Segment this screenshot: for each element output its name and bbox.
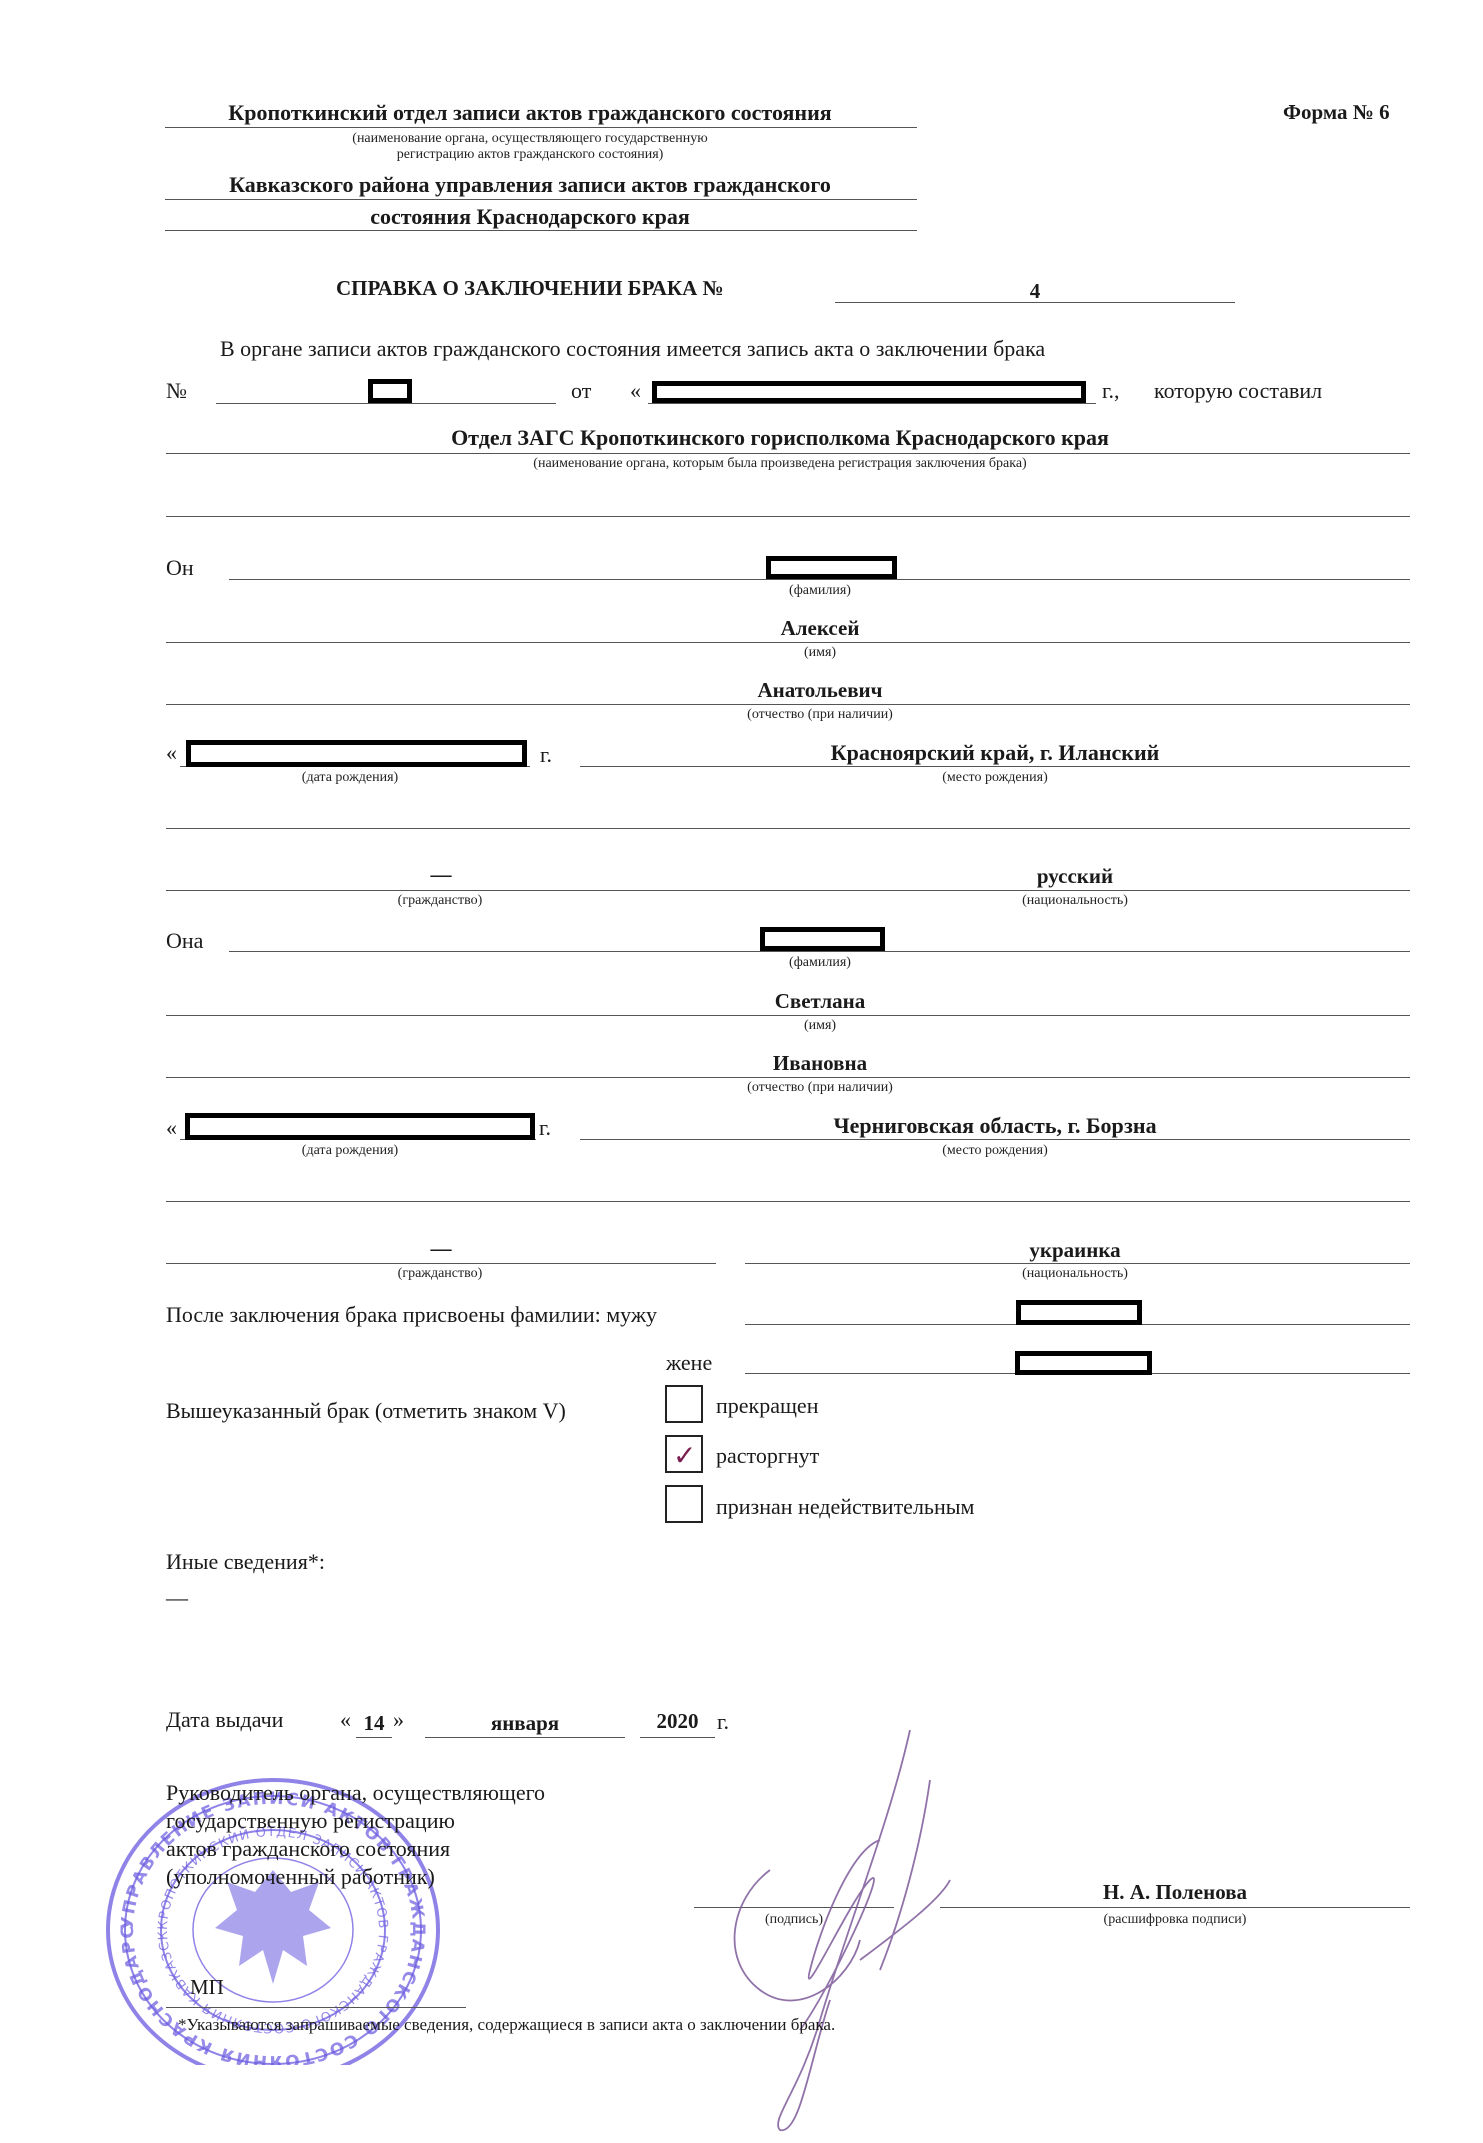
wife-nationality-caption: (национальность) [975, 1266, 1175, 1282]
husband-citizenship-caption: (гражданство) [340, 893, 540, 909]
divider [166, 704, 1410, 705]
wife-birth-year-suffix: г. [539, 1115, 551, 1141]
number-sign: № [166, 378, 187, 404]
signatory-role-line3: актов гражданского состояния [166, 1836, 450, 1862]
org-caption: (наименование органа, осуществляющего го… [150, 131, 910, 147]
wife-citizenship-line [166, 1263, 716, 1264]
husband-surname-caption: (фамилия) [720, 583, 920, 599]
registering-org-caption: (наименование органа, которым была произ… [150, 456, 1410, 472]
wife-first-name: Светлана [620, 989, 1020, 1014]
year-suffix: г., [1102, 378, 1120, 404]
divider [166, 890, 1410, 891]
husband-first-name-caption: (имя) [720, 645, 920, 661]
compiled-by-label: которую составил [1154, 378, 1322, 404]
seal-label: МП [190, 1975, 224, 2000]
wife-citizenship: — [366, 1236, 516, 1261]
other-info-label: Иные сведения*: [166, 1549, 325, 1575]
org-name-line1: Кропоткинский отдел записи актов граждан… [150, 100, 910, 126]
issue-month-line [425, 1737, 625, 1738]
other-info-value: — [166, 1585, 188, 1611]
marriage-status-label: Вышеуказанный брак (отметить знаком V) [166, 1398, 566, 1424]
issue-date-open-quote: « [340, 1707, 351, 1733]
redacted-wife-new-surname [1015, 1351, 1152, 1375]
divider [166, 453, 1410, 454]
redacted-husband-birth-date [186, 740, 527, 767]
husband-birth-date-caption: (дата рождения) [250, 770, 450, 786]
checkbox-invalidated[interactable] [665, 1485, 703, 1523]
husband-surname-line [229, 579, 1410, 580]
signatory-name-caption: (расшифровка подписи) [1000, 1912, 1350, 1928]
wife-surname-caption: (фамилия) [720, 955, 920, 971]
issue-day: 14 [356, 1711, 392, 1736]
wife-new-surname-label: жене [666, 1350, 712, 1376]
wife-birth-date-caption: (дата рождения) [250, 1143, 450, 1159]
husband-patronymic-caption: (отчество (при наличии) [670, 707, 970, 723]
husband-birth-year-suffix: г. [540, 742, 552, 768]
footnote-divider [166, 2007, 466, 2008]
redacted-husband-new-surname [1016, 1300, 1142, 1325]
record-intro: В органе записи актов гражданского состо… [220, 336, 1045, 362]
org-name-line3: состояния Краснодарского края [150, 204, 910, 230]
wife-label: Она [166, 928, 203, 954]
divider [835, 302, 1235, 303]
husband-birth-place: Красноярский край, г. Иланский [580, 740, 1410, 766]
husband-birth-place-line [580, 766, 1410, 767]
option-dissolved-label: расторгнут [716, 1443, 819, 1469]
blank-line [166, 1201, 1410, 1202]
option-terminated-label: прекращен [716, 1393, 818, 1419]
issue-month: января [425, 1711, 625, 1736]
divider [165, 127, 917, 128]
divider [166, 1077, 1410, 1078]
open-quote: « [630, 378, 641, 404]
redacted-record-date [652, 381, 1086, 403]
redacted-wife-surname [760, 927, 885, 951]
handwritten-signature [700, 1700, 1020, 2140]
divider [165, 230, 917, 231]
wife-birth-place: Черниговская область, г. Борзна [580, 1113, 1410, 1139]
husband-nationality: русский [975, 864, 1175, 889]
divider [165, 199, 917, 200]
husband-citizenship: — [366, 862, 516, 887]
registering-org: Отдел ЗАГС Кропоткинского горисполкома К… [150, 425, 1410, 451]
checkbox-terminated[interactable] [665, 1385, 703, 1423]
husband-label: Он [166, 555, 194, 581]
husband-first-name: Алексей [620, 616, 1020, 641]
husband-birth-place-caption: (место рождения) [895, 770, 1095, 786]
issue-date-close-quote: » [393, 1707, 404, 1733]
wife-birth-place-caption: (место рождения) [895, 1143, 1095, 1159]
document-title: СПРАВКА О ЗАКЛЮЧЕНИИ БРАКА № [336, 276, 724, 301]
certificate-number: 4 [835, 279, 1235, 304]
issue-day-line [356, 1737, 392, 1738]
wife-first-name-caption: (имя) [720, 1018, 920, 1034]
blank-line [166, 828, 1410, 829]
blank-line [166, 516, 1410, 517]
wife-birth-place-line [580, 1139, 1410, 1140]
husband-nationality-caption: (национальность) [975, 893, 1175, 909]
org-name-line2: Кавказского района управления записи акт… [150, 172, 910, 198]
wife-nationality: украинка [975, 1238, 1175, 1263]
checkbox-dissolved[interactable]: ✓ [665, 1435, 703, 1473]
wife-surname-line [229, 951, 1410, 952]
wife-birth-open-quote: « [166, 1115, 177, 1141]
wife-patronymic-caption: (отчество (при наличии) [670, 1080, 970, 1096]
record-number-line [216, 403, 556, 404]
footnote: *Указываются запрашиваемые сведения, сод… [178, 2015, 835, 2035]
divider [166, 642, 1410, 643]
record-date-line [648, 403, 1096, 404]
from-label: от [571, 378, 591, 404]
husband-birth-open-quote: « [166, 740, 177, 766]
option-invalidated-label: признан недействительным [716, 1494, 974, 1520]
divider [166, 1015, 1410, 1016]
redacted-wife-birth-date [185, 1113, 535, 1140]
check-mark-icon: ✓ [673, 1439, 696, 1472]
redacted-husband-surname [766, 556, 897, 579]
signatory-role-line2: государственную регистрацию [166, 1808, 455, 1834]
wife-patronymic: Ивановна [620, 1051, 1020, 1076]
signatory-role-line1: Руководитель органа, осуществляющего [166, 1780, 545, 1806]
signatory-role-line4: (уполномоченный работник) [166, 1864, 435, 1890]
husband-patronymic: Анатольевич [620, 678, 1020, 703]
wife-citizenship-caption: (гражданство) [340, 1266, 540, 1282]
org-caption-2: регистрацию актов гражданского состояния… [150, 147, 910, 163]
redacted-record-number [368, 379, 412, 403]
issue-date-label: Дата выдачи [166, 1707, 283, 1733]
wife-nationality-line [745, 1263, 1410, 1264]
form-number: Форма № 6 [1283, 100, 1390, 125]
surnames-after-label: После заключения брака присвоены фамилии… [166, 1302, 657, 1328]
